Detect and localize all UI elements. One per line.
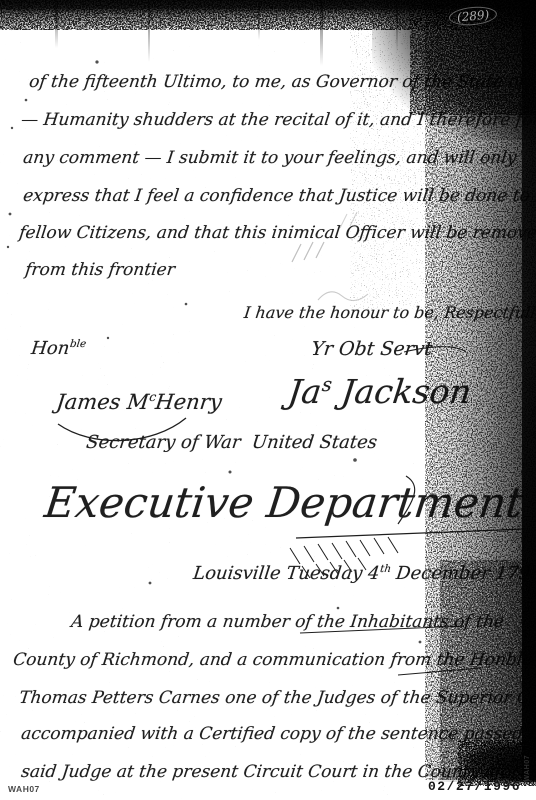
letter-closing: I have the honour to be, Respectfully (243, 303, 536, 322)
scan-drip-streak (320, 0, 323, 66)
addressee-rest: Henry (154, 390, 223, 414)
entry-body-line: County of Richmond, and a communication … (12, 650, 534, 670)
addressee-name: James McHenry (55, 390, 223, 414)
entry-body-line: accompanied with a Certified copy of the… (20, 724, 536, 744)
ink-bleed-mark (318, 292, 368, 301)
entry-heading: Executive Department (42, 478, 526, 527)
scanned-letter-page: of the fifteenth Ultimo, to me, as Gover… (0, 0, 536, 800)
letter-body-line: any comment — I submit it to your feelin… (22, 148, 518, 168)
scan-drip-streak (396, 0, 398, 52)
signature-prefix: Ja (286, 372, 324, 411)
addressee-title: Secretary of War United States (85, 432, 378, 453)
valediction: Yr Obt Servt (310, 338, 433, 360)
letter-body-line: — Humanity shudders at the recital of it… (20, 110, 536, 130)
entry-body-line: A petition from a number of the Inhabita… (70, 612, 505, 632)
entry-dateline: Louisville Tuesday 4th December 1798 (192, 563, 536, 584)
signature-rest: Jackson (329, 372, 474, 411)
page-number-stamp: (289) (448, 5, 498, 27)
scan-drip-streak (258, 0, 260, 40)
scan-date-stamp: 02/27/1996 (428, 779, 521, 794)
letter-body-line: of the fifteenth Ultimo, to me, as Gover… (28, 72, 536, 92)
ink-bleed-mark (292, 242, 324, 262)
honorific: Honble (30, 338, 87, 359)
scan-footer-code: WAH07 (8, 784, 40, 794)
letter-body-line: fellow Citizens, and that this inimical … (18, 223, 536, 243)
scan-drip-streak (55, 0, 58, 48)
letter-body-line: from this frontier (24, 260, 176, 280)
scan-edge-code: WAH07 (524, 755, 531, 782)
lower-right-speckle (440, 560, 536, 780)
addressee-prefix: James M (55, 390, 150, 414)
letter-body-line: express that I feel a confidence that Ju… (22, 186, 536, 206)
honorific-superscript: ble (69, 338, 87, 350)
department-crossbar (296, 529, 524, 538)
scan-drip-streak (148, 0, 150, 62)
dateline-prefix: Louisville Tuesday 4 (192, 563, 381, 584)
dateline-rest: December 1798 (389, 563, 536, 584)
signature: Jas Jackson (286, 372, 473, 411)
entry-body-line: Thomas Petters Carnes one of the Judges … (18, 688, 536, 708)
honorific-prefix: Hon (30, 338, 71, 359)
